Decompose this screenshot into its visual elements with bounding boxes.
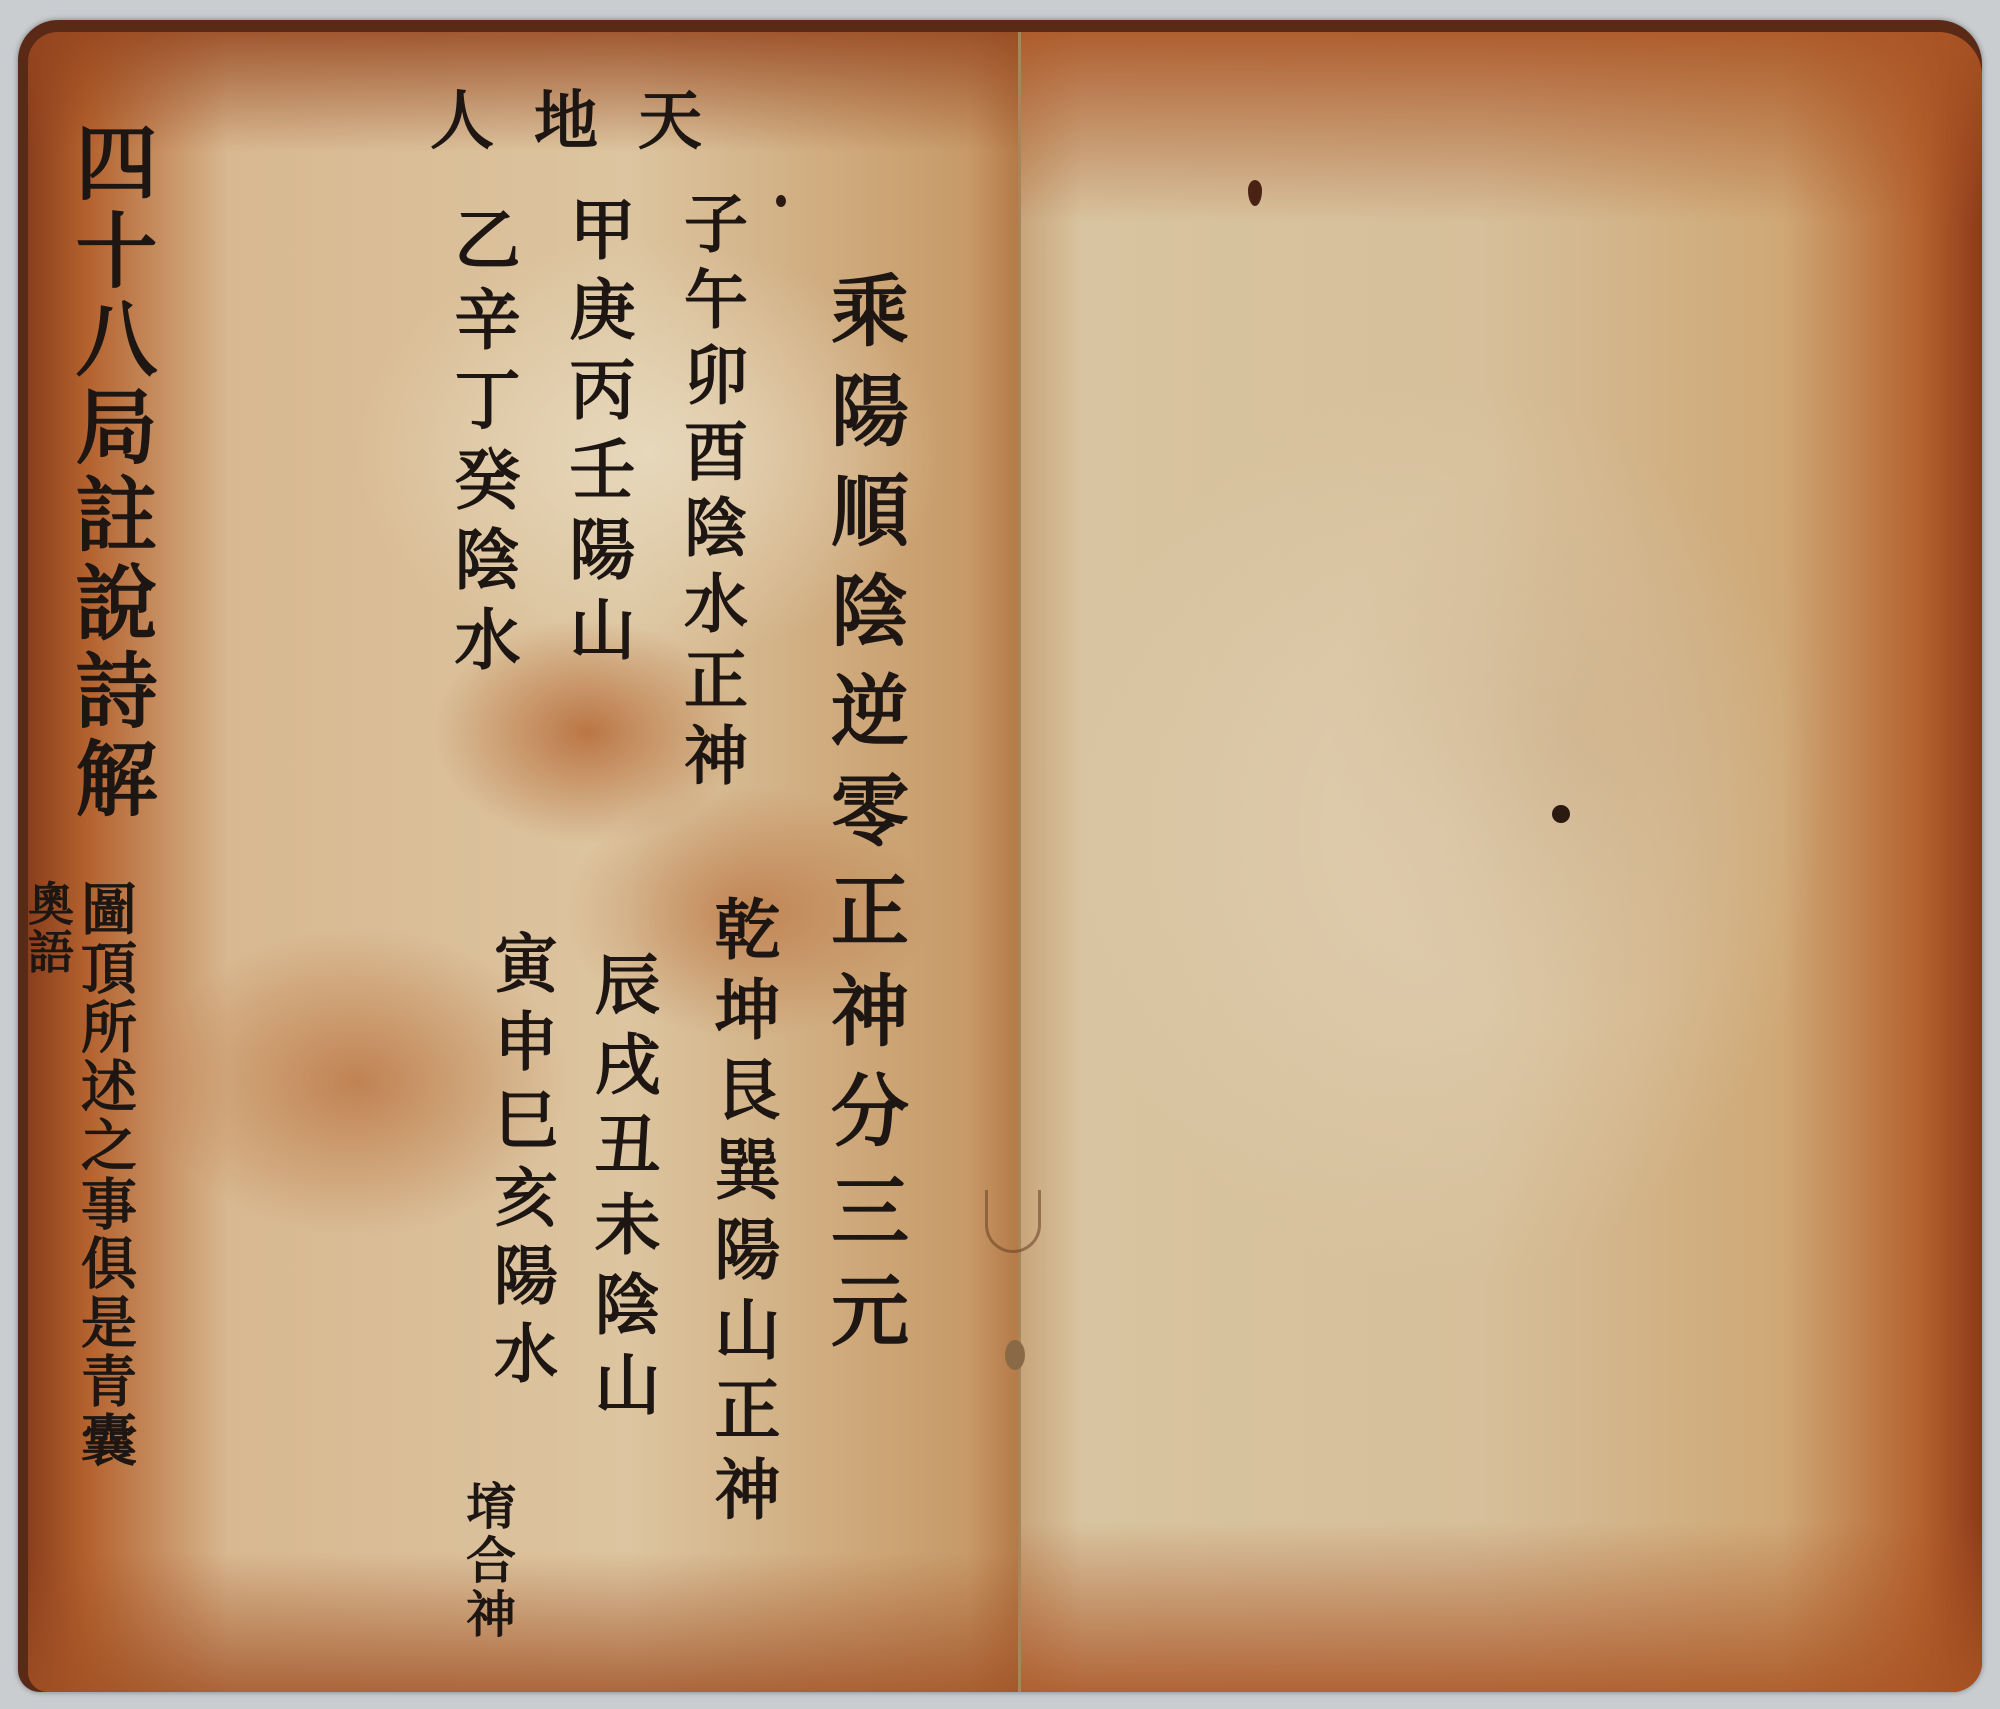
tian-column-upper: 子午卯酉陰水正神 [670, 190, 750, 798]
ink-dot [776, 195, 786, 207]
ren-column-lower: 寅申巳亥陽水 [480, 930, 560, 1398]
tian-column-lower: 乾坤艮巽陽山正神 [700, 895, 784, 1535]
note-small-column: 奧語 [20, 880, 76, 976]
di-column-lower: 辰戌丑未陰山 [580, 950, 664, 1430]
ink-blot-right [1552, 805, 1570, 823]
header-di: 地 [534, 70, 598, 162]
note-main-column: 圖頂所述之事俱是青囊 [70, 880, 140, 1470]
ren-column-upper: 乙辛丁癸陰水 [440, 205, 524, 685]
spine-knot [1005, 1340, 1025, 1370]
header-tian-di-ren: 天 地 人 [430, 70, 702, 162]
header-tian: 天 [638, 70, 702, 162]
main-column: 乘陽順陰逆零正神分三元 [815, 270, 911, 1370]
right-page [1021, 32, 1982, 1692]
spine-stain [985, 1190, 1041, 1253]
di-column-upper: 甲庚丙壬陽山 [555, 195, 639, 675]
ren-column-note: 堉合神 [455, 1480, 519, 1642]
header-ren: 人 [430, 70, 494, 162]
title-column: 四十八局註說詩解 [60, 120, 160, 824]
open-book [18, 20, 1982, 1692]
